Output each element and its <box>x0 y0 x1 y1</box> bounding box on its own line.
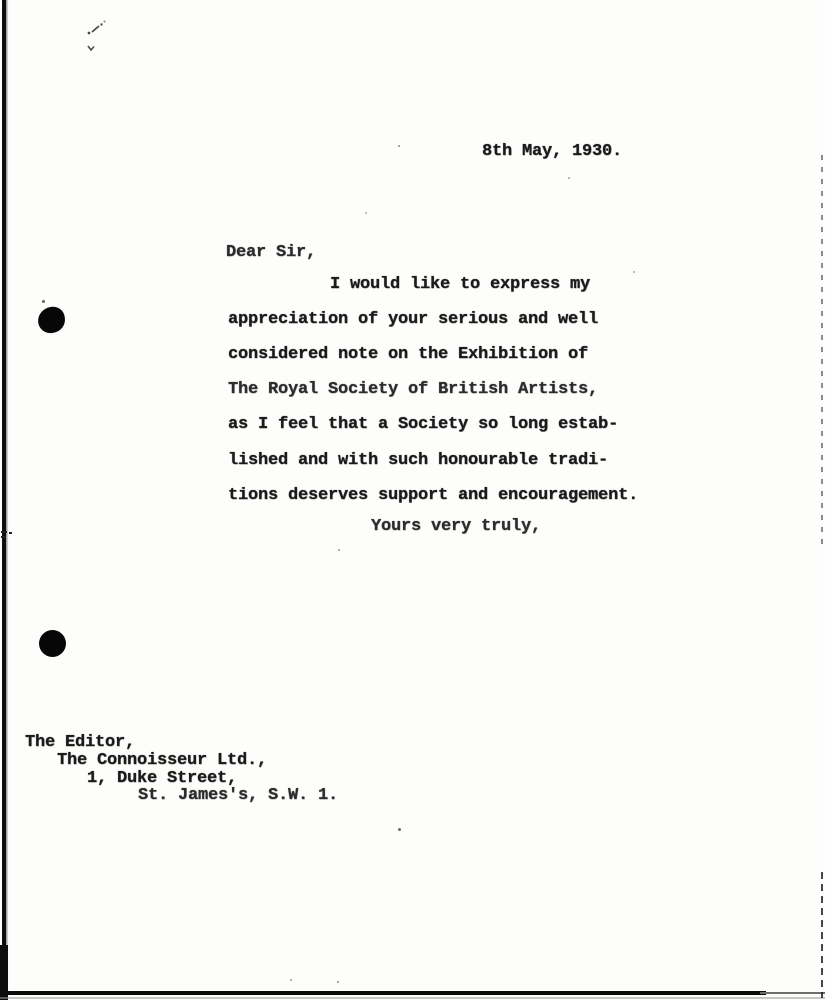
scan-bottom-hairline <box>0 997 825 999</box>
recipient-line: The Editor, <box>25 734 135 752</box>
letter-body-line: The Royal Society of British Artists, <box>228 380 598 400</box>
pencil-mark <box>78 18 118 58</box>
scan-bottom-edge-bar-right <box>760 992 825 994</box>
dust-speck <box>42 300 45 303</box>
letter-body-line: as I feel that a Society so long estab- <box>228 415 618 435</box>
scan-right-edge-dashes-upper <box>821 155 823 550</box>
letter-body-line: tions deserves support and encouragement… <box>228 486 638 506</box>
letter-body-line: I would like to express my <box>330 275 590 295</box>
dust-speck <box>398 145 400 147</box>
letter-page: 8th May, 1930. Dear Sir, I would like to… <box>0 0 825 1000</box>
dust-speck <box>568 177 570 179</box>
letter-body-line: appreciation of your serious and well <box>228 310 598 330</box>
scan-left-edge-bar <box>2 0 6 1000</box>
punch-hole <box>36 305 66 335</box>
recipient-line: St. James's, S.W. 1. <box>138 787 338 805</box>
dust-speck <box>398 828 401 831</box>
dust-speck <box>290 979 292 981</box>
letter-body-line: considered note on the Exhibition of <box>228 345 588 365</box>
letter-salutation: Dear Sir, <box>226 243 316 263</box>
letter-closing: Yours very truly, <box>371 517 541 537</box>
dust-speck <box>365 212 367 214</box>
dust-speck <box>338 549 340 551</box>
letter-body-line: lished and with such honourable tradi- <box>228 451 608 471</box>
punch-hole <box>39 630 66 657</box>
scan-right-edge-dashes-lower <box>821 872 823 998</box>
letter-date: 8th May, 1930. <box>482 142 622 162</box>
scan-bottom-edge-bar <box>0 991 766 995</box>
dust-speck <box>337 981 339 983</box>
dust-speck <box>633 271 635 273</box>
recipient-line: The Connoisseur Ltd., <box>57 752 267 770</box>
